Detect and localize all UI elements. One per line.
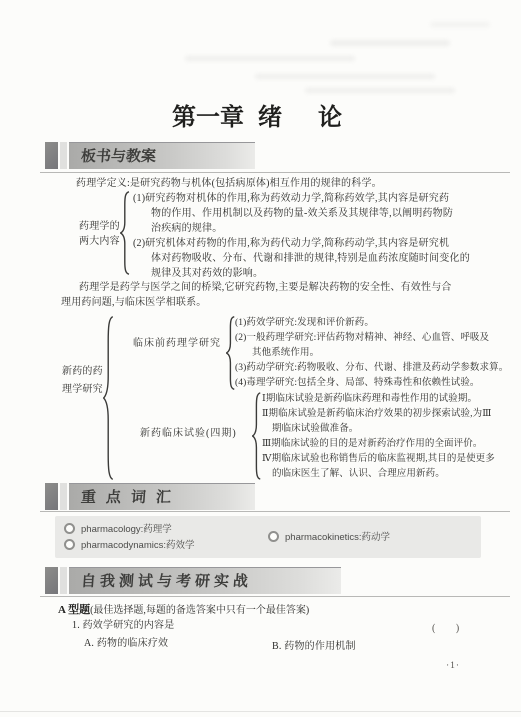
curly-brace xyxy=(120,191,132,275)
curly-brace xyxy=(103,315,116,481)
scan-edge-line xyxy=(0,711,521,712)
bleedthrough-mark xyxy=(185,56,355,61)
outline-line: 期临床试验做准备。 xyxy=(272,422,495,437)
new-drug-label: 新药的药 理学研究 xyxy=(62,363,103,399)
outline-line: 规律及其对药效的影响。 xyxy=(151,266,470,281)
divider-rule xyxy=(40,596,510,597)
outline-line: 其他系统作用。 xyxy=(252,346,508,361)
option-a: A. 药物的临床疗效 xyxy=(84,636,168,651)
chapter-name-2: 论 xyxy=(318,97,342,132)
outline-line: Ⅰ期临床试验是新药临床药理和毒性作用的试验期。 xyxy=(262,392,495,407)
header-accent-block xyxy=(45,483,60,510)
option-b: B. 药物的作用机制 xyxy=(272,639,356,654)
outline-line: (4)毒理学研究:包括全身、局部、特殊毒性和依赖性试验。 xyxy=(235,376,508,391)
two-contents-items: (1)研究药物对机体的作用,称为药效动力学,简称药效学,其内容是研究药 物的作用… xyxy=(133,191,470,281)
question-number: 1. xyxy=(72,620,80,631)
section-title: 自我测试与考研实战 xyxy=(68,570,252,591)
preclinical-items: (1)药效学研究:发现和评价新药。 (2)一般药理学研究:评估药物对精神、神经、… xyxy=(235,316,508,391)
section-title: 重点词汇 xyxy=(68,486,181,507)
section-header-vocabulary: 重点词汇 xyxy=(45,483,255,510)
header-accent-block xyxy=(45,567,60,594)
vocab-item: pharmacokinetics:药动学 xyxy=(268,529,390,543)
bridge-paragraph-line: 药理学是药学与医学之间的桥梁,它研究药物,主要是解决药物的安全性、有效性与合 xyxy=(79,280,452,295)
question-type-heading: A 型题(最佳选择题,每题的备选答案中只有一个最佳答案) xyxy=(58,600,309,618)
vocab-item: pharmacology:药理学 xyxy=(64,521,172,535)
outline-line: (1)药效学研究:发现和评价新药。 xyxy=(235,316,508,331)
outline-line: Ⅲ期临床试验的目的是对新药治疗作用的全面评价。 xyxy=(262,437,495,452)
outline-line: 体对药物吸收、分布、代谢和排泄的规律,特别是血药浓度随时间变化的 xyxy=(151,251,470,266)
bleedthrough-mark xyxy=(330,40,450,46)
outline-line: 治疾病的规律。 xyxy=(151,221,470,236)
vocab-item: pharmacodynamics:药效学 xyxy=(64,537,195,551)
ring-bullet-icon xyxy=(64,539,75,550)
outline-line: Ⅳ期临床试验也称销售后的临床监视期,其目的是使更多 xyxy=(262,452,495,467)
clinical-label: 新药临床试验(四期) xyxy=(140,426,237,441)
ring-bullet-icon xyxy=(268,531,279,542)
bleedthrough-mark xyxy=(305,88,455,93)
divider-rule xyxy=(40,511,510,512)
section-title: 板书与教案 xyxy=(68,145,156,166)
chapter-number: 第一章 xyxy=(172,97,244,132)
section-header-selftest: 自我测试与考研实战 xyxy=(45,567,341,594)
preclinical-label: 临床前药理学研究 xyxy=(133,336,221,351)
type-label: A 型题 xyxy=(58,604,90,616)
outline-line: 的临床医生了解、认识、合理应用新药。 xyxy=(272,467,495,482)
ring-bullet-icon xyxy=(64,523,75,534)
chapter-name-1: 绪 xyxy=(258,97,282,132)
outline-line: (3)药动学研究:药物吸收、分布、代谢、排泄及药动学参数求算。 xyxy=(235,361,508,376)
question-text: 药效学研究的内容是 xyxy=(83,620,175,631)
bleedthrough-mark xyxy=(430,22,490,27)
clinical-items: Ⅰ期临床试验是新药临床药理和毒性作用的试验期。 Ⅱ期临床试验是新药临床治疗效果的… xyxy=(262,392,495,482)
header-accent-block xyxy=(45,142,60,169)
outline-line: 物的作用、作用机制以及药物的量-效关系及其规律等,以阐明药物防 xyxy=(151,206,470,221)
bleedthrough-mark xyxy=(255,74,435,79)
divider-rule xyxy=(40,172,510,173)
outline-line: Ⅱ期临床试验是新药临床治疗效果的初步探索试验,为Ⅲ xyxy=(262,407,495,422)
page-number: ·1· xyxy=(446,661,460,671)
question-1: 1. 药效学研究的内容是 xyxy=(72,618,174,633)
section-header-blackboard: 板书与教案 xyxy=(45,142,255,169)
definition-text: 药理学定义:是研究药物与机体(包括病原体)相互作用的规律的科学。 xyxy=(76,176,382,191)
outline-line: (2)研究机体对药物的作用,称为药代动力学,简称药动学,其内容是研究机 xyxy=(133,236,470,251)
bridge-paragraph-line: 理用药问题,与临床医学相联系。 xyxy=(61,295,207,310)
answer-blank: ( ) xyxy=(432,621,459,636)
scanned-page: 第一章 绪 论 板书与教案 药理学定义:是研究药物与机体(包括病原体)相互作用的… xyxy=(0,0,521,717)
two-contents-label: 药理学的 两大内容 xyxy=(79,219,120,249)
type-note: (最佳选择题,每题的备选答案中只有一个最佳答案) xyxy=(90,605,309,616)
outline-line: (2)一般药理学研究:评估药物对精神、神经、心血管、呼吸及 xyxy=(235,331,508,346)
outline-line: (1)研究药物对机体的作用,称为药效动力学,简称药效学,其内容是研究药 xyxy=(133,191,470,206)
chapter-title: 第一章 绪 论 xyxy=(172,97,342,132)
